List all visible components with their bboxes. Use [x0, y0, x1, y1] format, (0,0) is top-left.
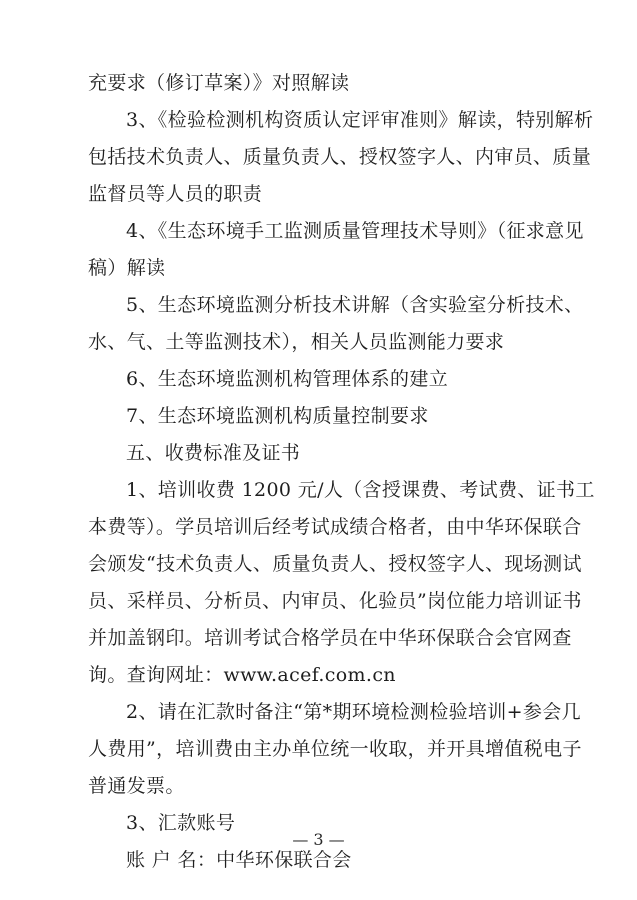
text-line: 人费用”，培训费由主办单位统一收取，并开具增值税电子	[88, 737, 546, 761]
page-number: — 3 —	[0, 830, 637, 849]
text-line: 员、采样员、分析员、内审员、化验员”岗位能力培训证书	[88, 589, 546, 613]
text-line: 4、《生态环境手工监测质量管理技术导则》（征求意见	[126, 219, 584, 243]
text-line: 稿）解读	[88, 256, 165, 280]
text-line: 询。查询网址：www.acef.com.cn	[88, 663, 396, 687]
text-line: 账 户 名：中华环保联合会	[126, 848, 352, 872]
text-line: 本费等）。学员培训后经考试成绩合格者，由中华环保联合	[88, 515, 546, 539]
text-line: 普通发票。	[88, 774, 185, 798]
text-line: 5、生态环境监测分析技术讲解（含实验室分析技术、	[126, 293, 584, 317]
text-line: 7、生态环境监测机构质量控制要求	[126, 404, 429, 428]
text-line: 包括技术负责人、质量负责人、授权签字人、内审员、质量	[88, 145, 546, 169]
text-line: 3、《检验检测机构资质认定评审准则》解读，特别解析	[126, 108, 593, 132]
text-line: 1、培训收费 1200 元/人（含授课费、考试费、证书工	[126, 478, 595, 502]
text-line: 会颁发“技术负责人、质量负责人、授权签字人、现场测试	[88, 552, 546, 576]
document-page: 充要求（修订草案）》对照解读3、《检验检测机构资质认定评审准则》解读，特别解析包…	[0, 0, 637, 900]
text-line: 监督员等人员的职责	[88, 182, 262, 206]
text-line: 充要求（修订草案）》对照解读	[88, 71, 349, 95]
text-line: 2、请在汇款时备注“第*期环境检测检验培训+参会几	[126, 700, 581, 724]
text-line: 6、生态环境监测机构管理体系的建立	[126, 367, 448, 391]
text-line: 五、收费标准及证书	[126, 441, 300, 465]
text-line: 水、气、土等监测技术），相关人员监测能力要求	[88, 330, 504, 354]
text-line: 并加盖钢印。培训考试合格学员在中华环保联合会官网查	[88, 626, 546, 650]
